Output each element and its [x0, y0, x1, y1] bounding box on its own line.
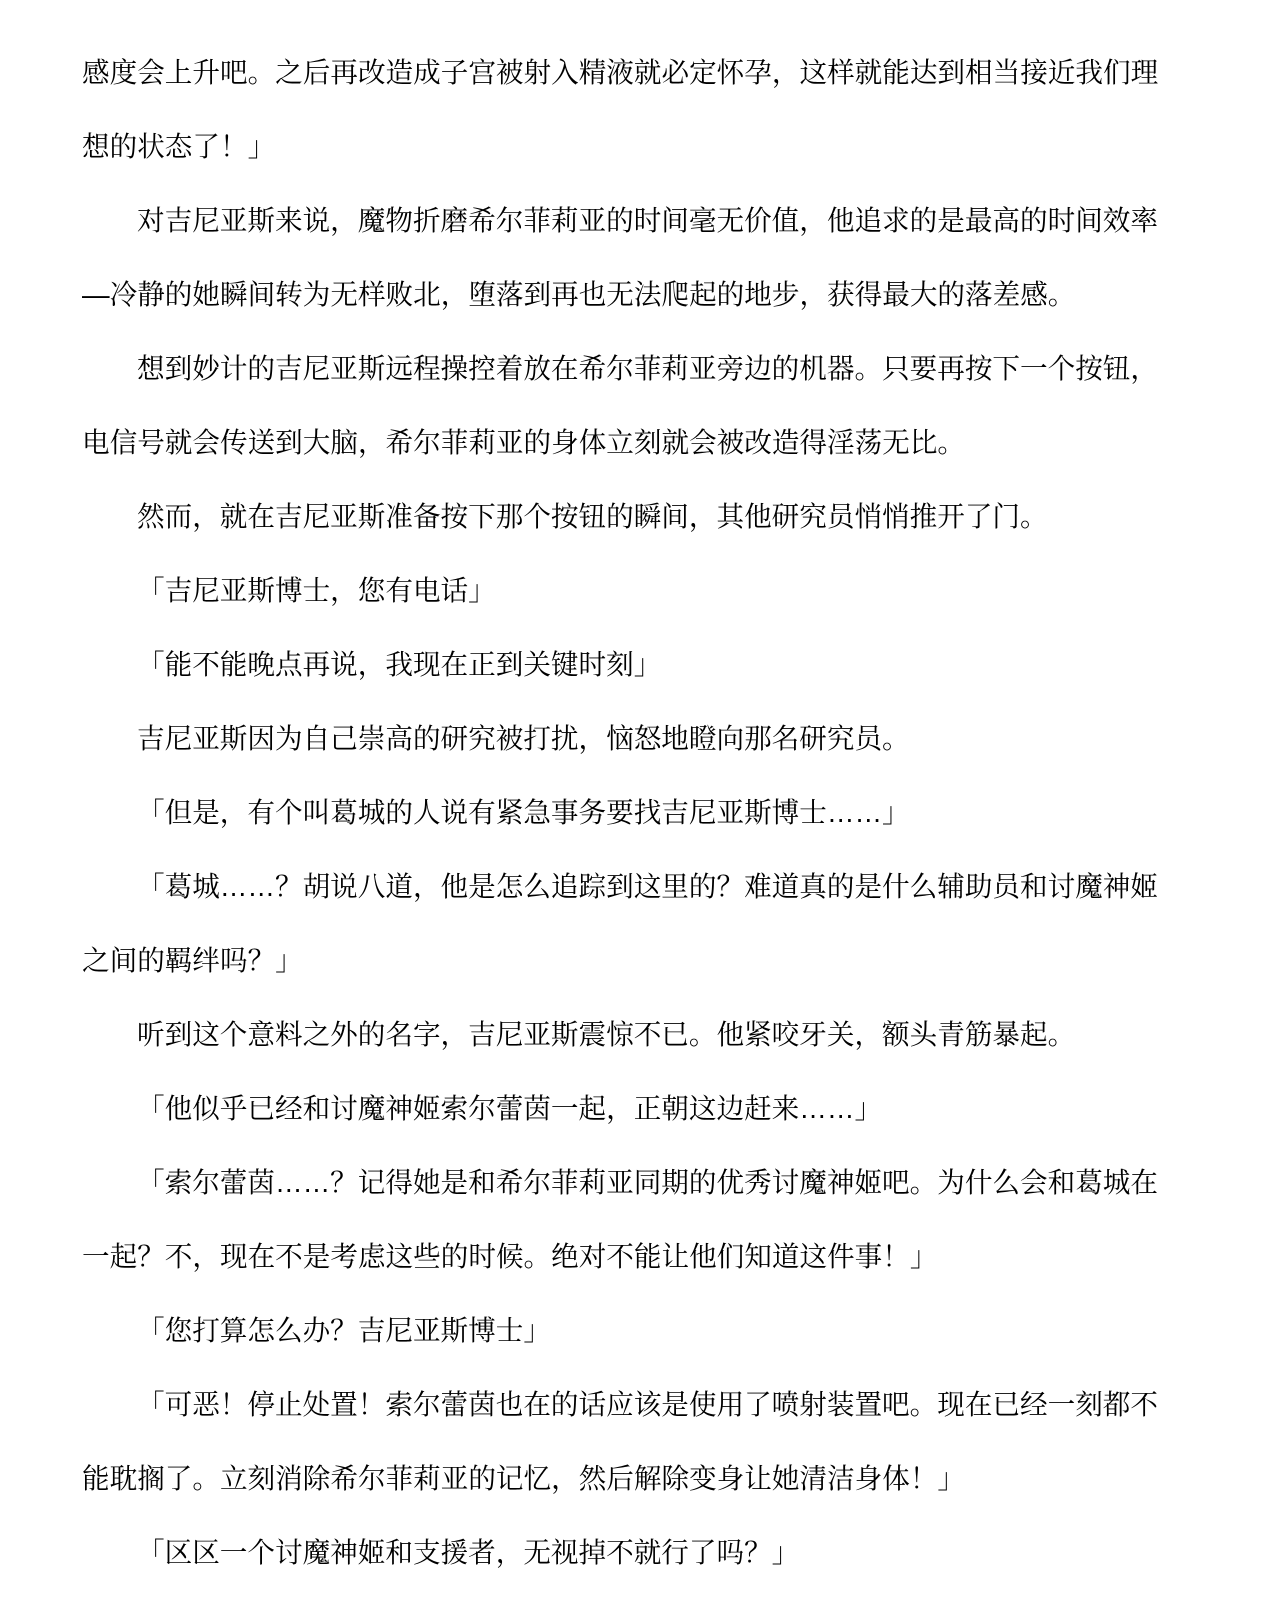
- text-line: 「吉尼亚斯博士，您有电话」: [82, 554, 1280, 628]
- text-line: 一起？不，现在不是考虑这些的时候。绝对不能让他们知道这件事！」: [82, 1220, 1280, 1294]
- text-line: 能耽搁了。立刻消除希尔菲莉亚的记忆，然后解除变身让她清洁身体！」: [82, 1442, 1280, 1516]
- text-line: 想到妙计的吉尼亚斯远程操控着放在希尔菲莉亚旁边的机器。只要再按下一个按钮，: [82, 332, 1280, 406]
- paragraph: 「能不能晚点再说，我现在正到关键时刻」: [82, 628, 1280, 702]
- paragraph: 「吉尼亚斯博士，您有电话」: [82, 554, 1280, 628]
- text-line: 「可恶！停止处置！索尔蕾茵也在的话应该是使用了喷射装置吧。现在已经一刻都不: [82, 1368, 1280, 1442]
- text-line: 想的状态了！」: [82, 110, 1280, 184]
- paragraph: 「他似乎已经和讨魔神姬索尔蕾茵一起，正朝这边赶来……」: [82, 1072, 1280, 1146]
- paragraph: 然而，就在吉尼亚斯准备按下那个按钮的瞬间，其他研究员悄悄推开了门。: [82, 480, 1280, 554]
- text-line: 「索尔蕾茵……？记得她是和希尔菲莉亚同期的优秀讨魔神姬吧。为什么会和葛城在: [82, 1146, 1280, 1220]
- paragraph: 感度会上升吧。之后再改造成子宫被射入精液就必定怀孕，这样就能达到相当接近我们理想…: [82, 36, 1280, 184]
- text-line: 听到这个意料之外的名字，吉尼亚斯震惊不已。他紧咬牙关，额头青筋暴起。: [82, 998, 1280, 1072]
- text-line: 「他似乎已经和讨魔神姬索尔蕾茵一起，正朝这边赶来……」: [82, 1072, 1280, 1146]
- text-line: 「但是，有个叫葛城的人说有紧急事务要找吉尼亚斯博士……」: [82, 776, 1280, 850]
- novel-text-body: 感度会上升吧。之后再改造成子宫被射入精液就必定怀孕，这样就能达到相当接近我们理想…: [82, 36, 1280, 1590]
- paragraph: 「葛城……？胡说八道，他是怎么追踪到这里的？难道真的是什么辅助员和讨魔神姬之间的…: [82, 850, 1280, 998]
- text-line: 「能不能晚点再说，我现在正到关键时刻」: [82, 628, 1280, 702]
- text-line: 「葛城……？胡说八道，他是怎么追踪到这里的？难道真的是什么辅助员和讨魔神姬: [82, 850, 1280, 924]
- document-page: 感度会上升吧。之后再改造成子宫被射入精液就必定怀孕，这样就能达到相当接近我们理想…: [0, 0, 1280, 1624]
- text-line: 电信号就会传送到大脑，希尔菲莉亚的身体立刻就会被改造得淫荡无比。: [82, 406, 1280, 480]
- paragraph: 「您打算怎么办？吉尼亚斯博士」: [82, 1294, 1280, 1368]
- text-line: 吉尼亚斯因为自己崇高的研究被打扰，恼怒地瞪向那名研究员。: [82, 702, 1280, 776]
- paragraph: 「区区一个讨魔神姬和支援者，无视掉不就行了吗？」: [82, 1516, 1280, 1590]
- paragraph: 想到妙计的吉尼亚斯远程操控着放在希尔菲莉亚旁边的机器。只要再按下一个按钮，电信号…: [82, 332, 1280, 480]
- text-line: 感度会上升吧。之后再改造成子宫被射入精液就必定怀孕，这样就能达到相当接近我们理: [82, 36, 1280, 110]
- text-line: —冷静的她瞬间转为无样败北，堕落到再也无法爬起的地步，获得最大的落差感。: [82, 258, 1280, 332]
- paragraph: 「索尔蕾茵……？记得她是和希尔菲莉亚同期的优秀讨魔神姬吧。为什么会和葛城在一起？…: [82, 1146, 1280, 1294]
- paragraph: 「可恶！停止处置！索尔蕾茵也在的话应该是使用了喷射装置吧。现在已经一刻都不能耽搁…: [82, 1368, 1280, 1516]
- text-line: 然而，就在吉尼亚斯准备按下那个按钮的瞬间，其他研究员悄悄推开了门。: [82, 480, 1280, 554]
- paragraph: 吉尼亚斯因为自己崇高的研究被打扰，恼怒地瞪向那名研究员。: [82, 702, 1280, 776]
- text-line: 对吉尼亚斯来说，魔物折磨希尔菲莉亚的时间毫无价值，他追求的是最高的时间效率: [82, 184, 1280, 258]
- text-line: 「您打算怎么办？吉尼亚斯博士」: [82, 1294, 1280, 1368]
- paragraph: 「但是，有个叫葛城的人说有紧急事务要找吉尼亚斯博士……」: [82, 776, 1280, 850]
- paragraph: 对吉尼亚斯来说，魔物折磨希尔菲莉亚的时间毫无价值，他追求的是最高的时间效率—冷静…: [82, 184, 1280, 332]
- paragraph: 听到这个意料之外的名字，吉尼亚斯震惊不已。他紧咬牙关，额头青筋暴起。: [82, 998, 1280, 1072]
- text-line: 之间的羁绊吗？」: [82, 924, 1280, 998]
- text-line: 「区区一个讨魔神姬和支援者，无视掉不就行了吗？」: [82, 1516, 1280, 1590]
